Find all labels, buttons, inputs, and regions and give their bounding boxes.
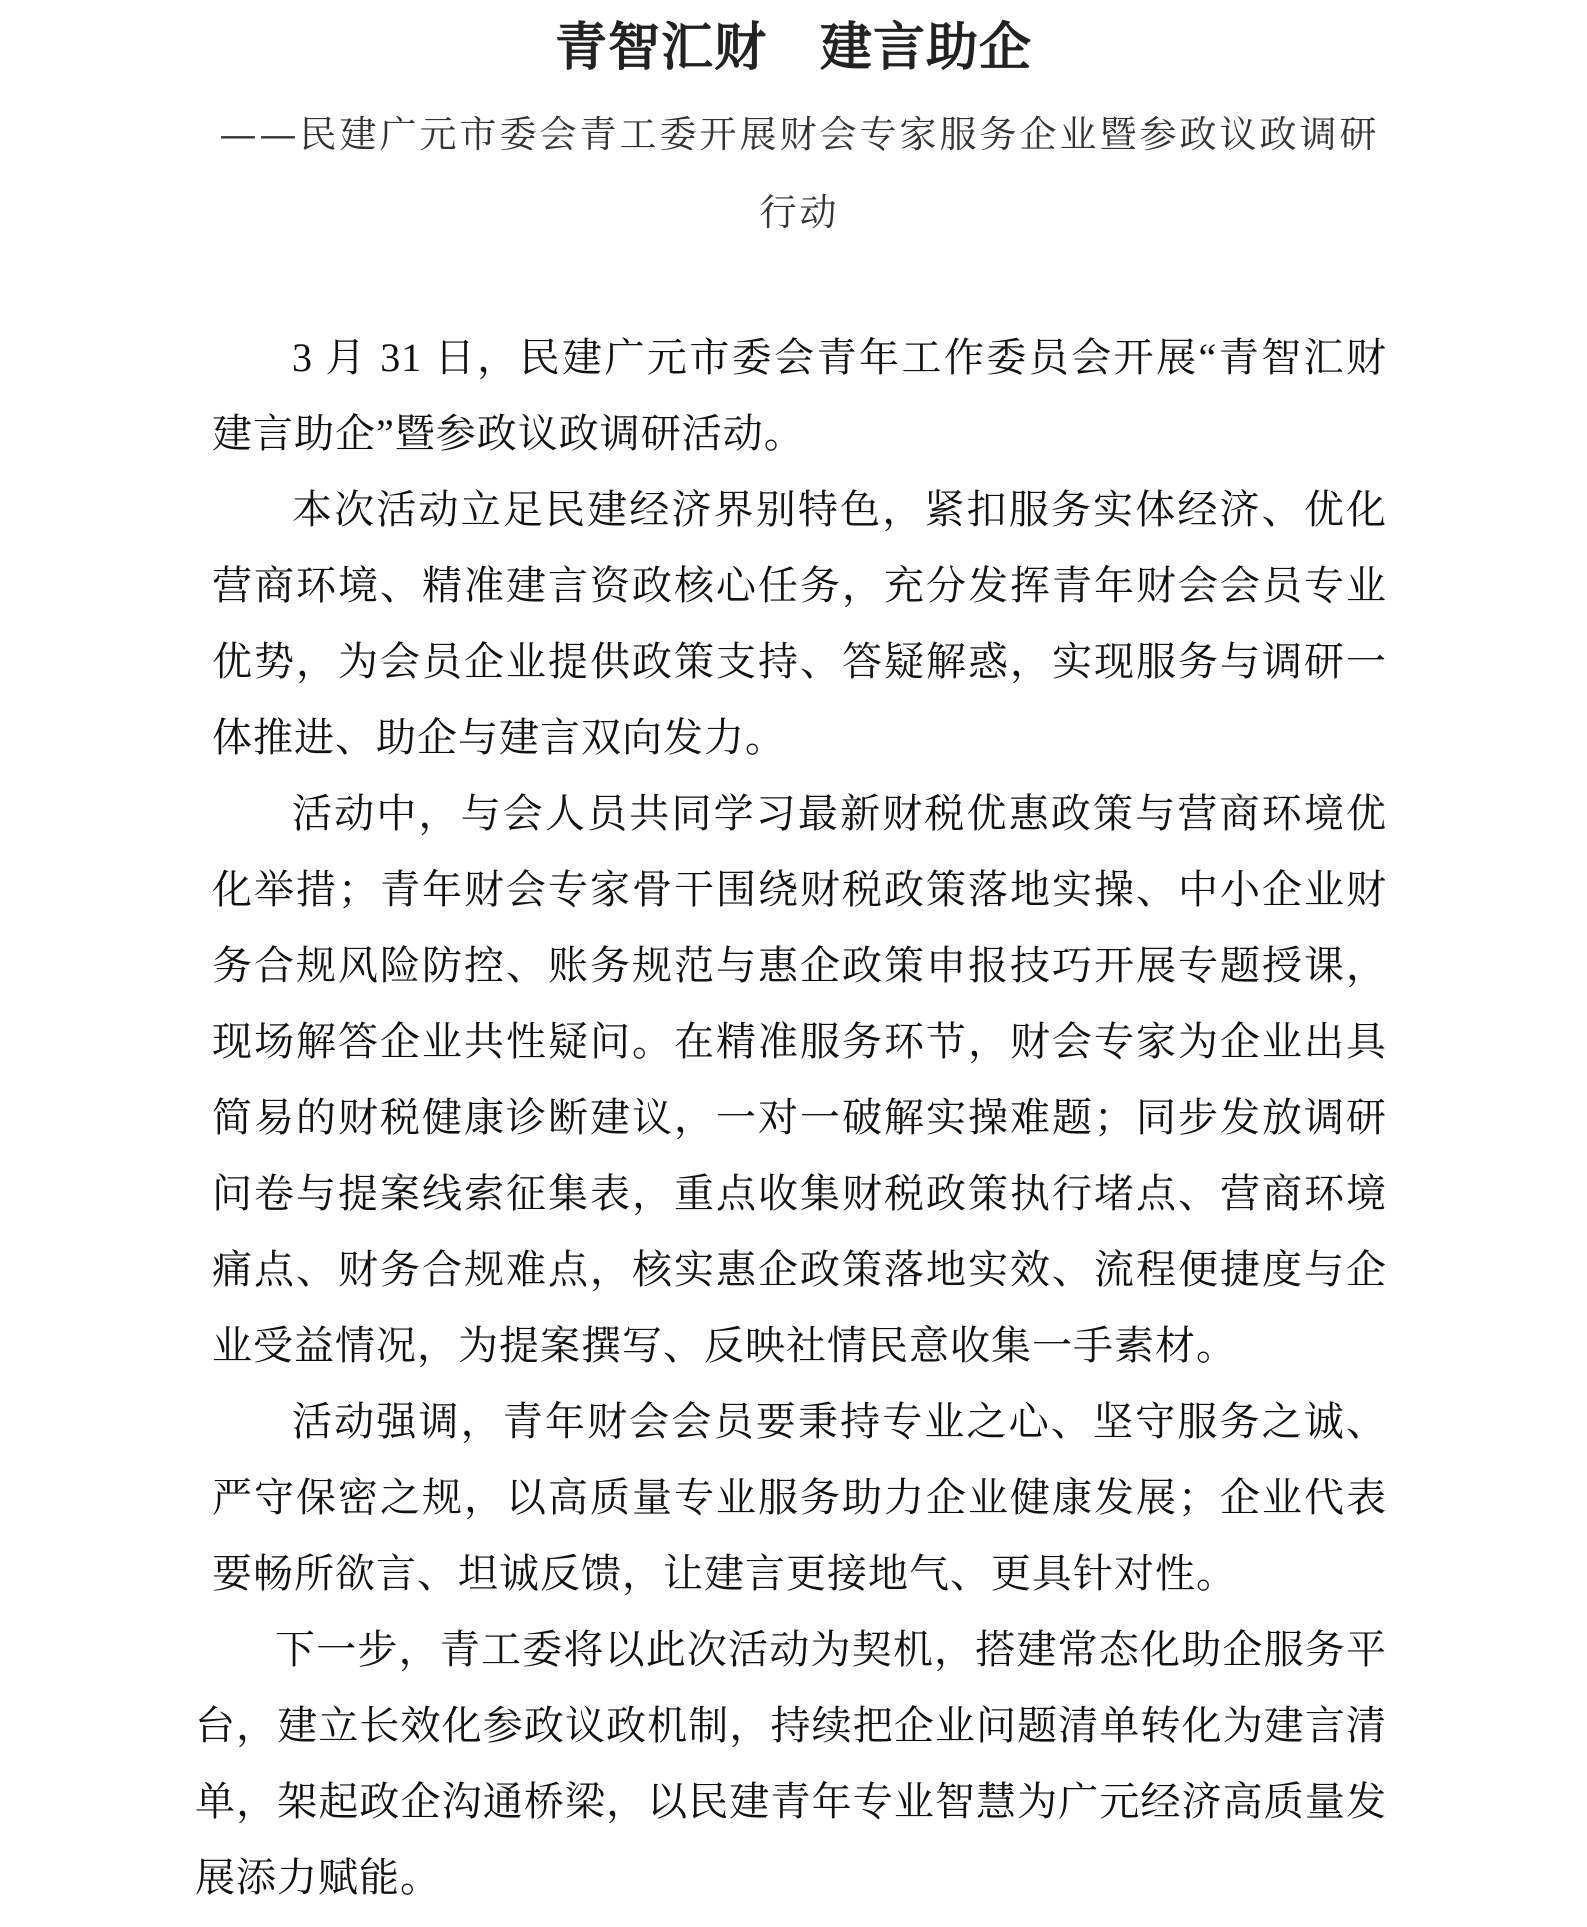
article-body: 3 月 31 日，民建广元市委会青年工作委员会开展“青智汇财 建言助企”暨参政议… [212,320,1387,1916]
paragraph-date-intro: 3 月 31 日，民建广元市委会青年工作委员会开展“青智汇财 建言助企”暨参政议… [212,320,1387,472]
paragraph-activity-purpose: 本次活动立足民建经济界别特色，紧扣服务实体经济、优化营商环境、精准建言资政核心任… [212,472,1387,776]
paragraph-activity-emphasis: 活动强调，青年财会会员要秉持专业之心、坚守服务之诚、严守保密之规，以高质量专业服… [212,1384,1387,1612]
article-subtitle: ——民建广元市委会青工委开展财会专家服务企业暨参政议政调研行动 [212,96,1387,252]
paragraph-next-steps: 下一步，青工委将以此次活动为契机，搭建常态化助企服务平台，建立长效化参政议政机制… [195,1612,1387,1916]
article-title: 青智汇财 建言助企 [0,8,1587,88]
paragraph-activity-content: 活动中，与会人员共同学习最新财税优惠政策与营商环境优化举措；青年财会专家骨干围绕… [212,776,1387,1384]
